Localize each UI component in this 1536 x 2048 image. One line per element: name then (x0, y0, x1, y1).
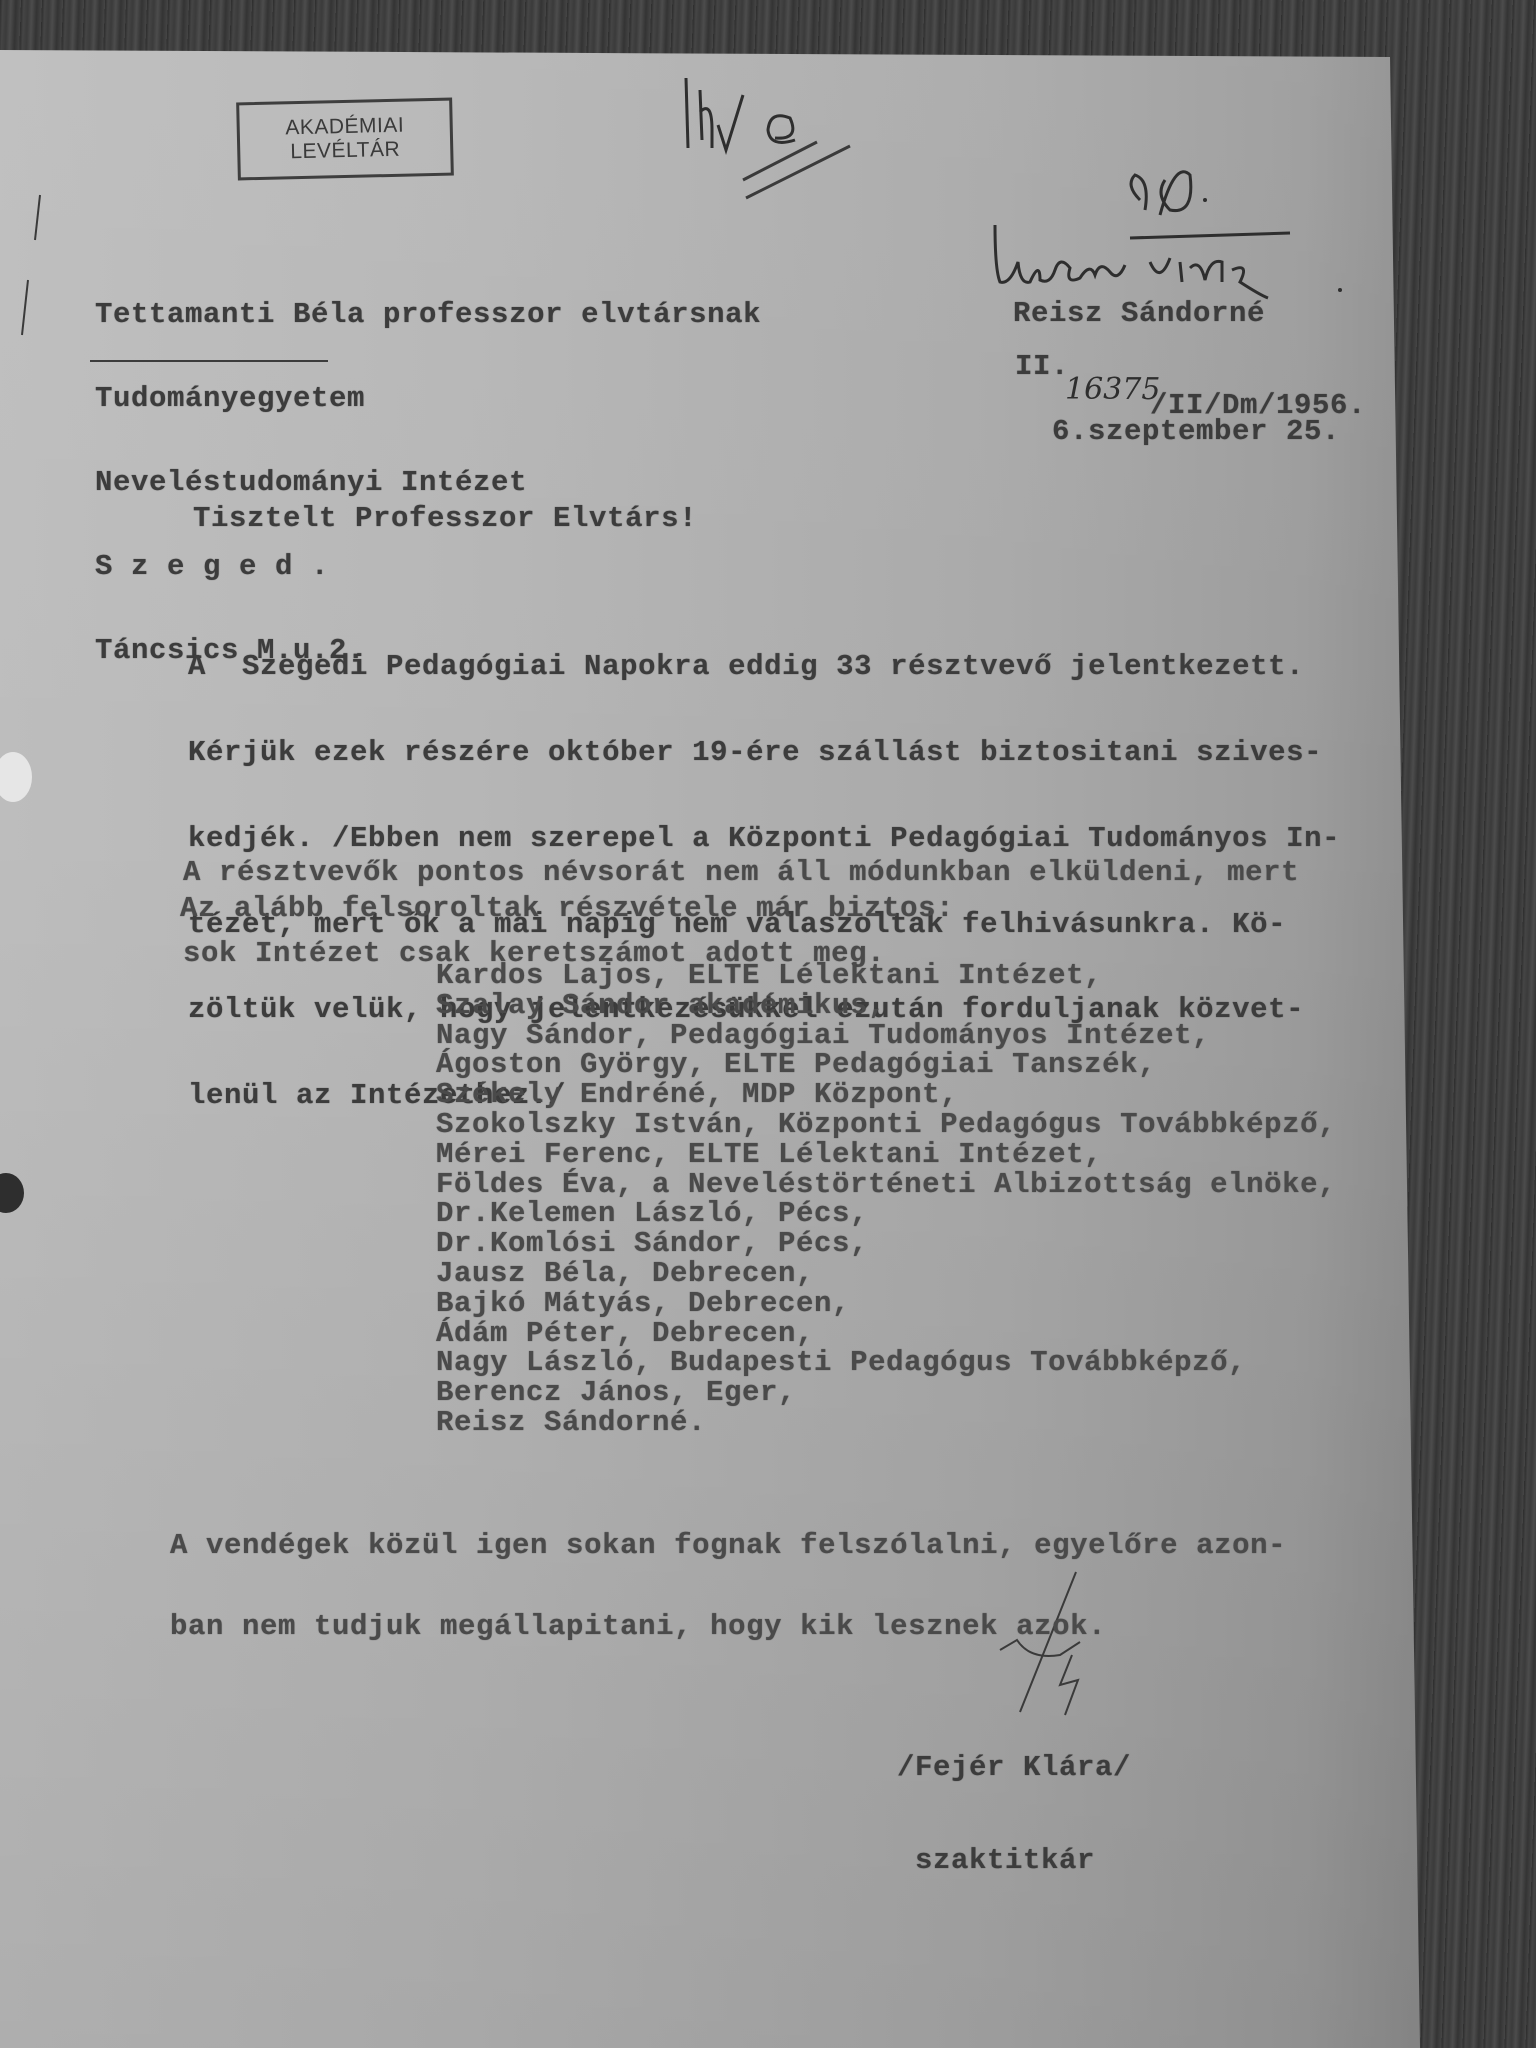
paragraph-line: Kérjük ezek részére október 19-ére száll… (188, 739, 1340, 768)
signatory-block: /Fejér Klára/ szaktitkár (897, 1690, 1131, 1907)
participant-item: Reisz Sándorné. (436, 1408, 1336, 1438)
signatory-title: szaktitkár (897, 1845, 1131, 1876)
participant-item: Székely Endréné, MDP Központ, (436, 1080, 1336, 1110)
participant-item: Nagy Sándor, Pedagógiai Tudományos Intéz… (436, 1021, 1336, 1051)
participant-item: Szokolszky István, Központi Pedagógus To… (436, 1110, 1336, 1140)
participant-item: Berencz János, Eger, (436, 1378, 1336, 1408)
participant-item: Földes Éva, a Neveléstörténeti Albizotts… (436, 1170, 1336, 1200)
city-underline (90, 360, 328, 362)
participants-list: Kardos Lajos, ELTE Lélektani Intézet,Sza… (436, 961, 1336, 1438)
handwritten-file-number: 16375 (1065, 372, 1160, 407)
participant-item: Bajkó Mátyás, Debrecen, (436, 1289, 1336, 1319)
paragraph-line: A vendégek közül igen sokan fognak felsz… (170, 1532, 1286, 1559)
paragraph-line: A résztvevők pontos névsorát nem áll mód… (183, 859, 1299, 886)
paragraph-line: A Szegedi Pedagógiai Napokra eddig 33 ré… (188, 653, 1340, 682)
signatory-name: /Fejér Klára/ (897, 1752, 1131, 1783)
closing-paragraph: A vendégek közül igen sokan fognak felsz… (170, 1478, 1286, 1667)
participant-item: Mérei Ferenc, ELTE Lélektani Intézet, (436, 1140, 1336, 1170)
participant-item: Ágoston György, ELTE Pedagógiai Tanszék, (436, 1050, 1336, 1080)
paragraph-3: Az alább felsoroltak részvétele már bizt… (180, 895, 954, 923)
recipient-name: Tettamanti Béla professzor elvtársnak (95, 301, 761, 329)
participant-item: Dr.Kelemen László, Pécs, (436, 1199, 1336, 1229)
recipient-city: S z e g e d . (95, 553, 761, 581)
reference-section: II. (1015, 353, 1069, 381)
participant-item: Ádám Péter, Debrecen, (436, 1319, 1336, 1349)
reference-handler: Reisz Sándorné (1013, 300, 1265, 328)
recipient-institution: Tudományegyetem (95, 385, 761, 413)
recipient-department: Neveléstudományi Intézet (95, 469, 761, 497)
letter-date: 6.szeptember 25. (1052, 418, 1340, 446)
participant-item: Kardos Lajos, ELTE Lélektani Intézet, (436, 961, 1336, 991)
participant-item: Jausz Béla, Debrecen, (436, 1259, 1336, 1289)
salutation: Tisztelt Professzor Elvtárs! (193, 505, 697, 533)
participant-item: Szalay Sándor akadémikus, (436, 991, 1336, 1021)
participant-item: Nagy László, Budapesti Pedagógus Továbbk… (436, 1348, 1336, 1378)
participant-item: Dr.Komlósi Sándor, Pécs, (436, 1229, 1336, 1259)
paragraph-line: ban nem tudjuk megállapitani, hogy kik l… (170, 1613, 1286, 1640)
